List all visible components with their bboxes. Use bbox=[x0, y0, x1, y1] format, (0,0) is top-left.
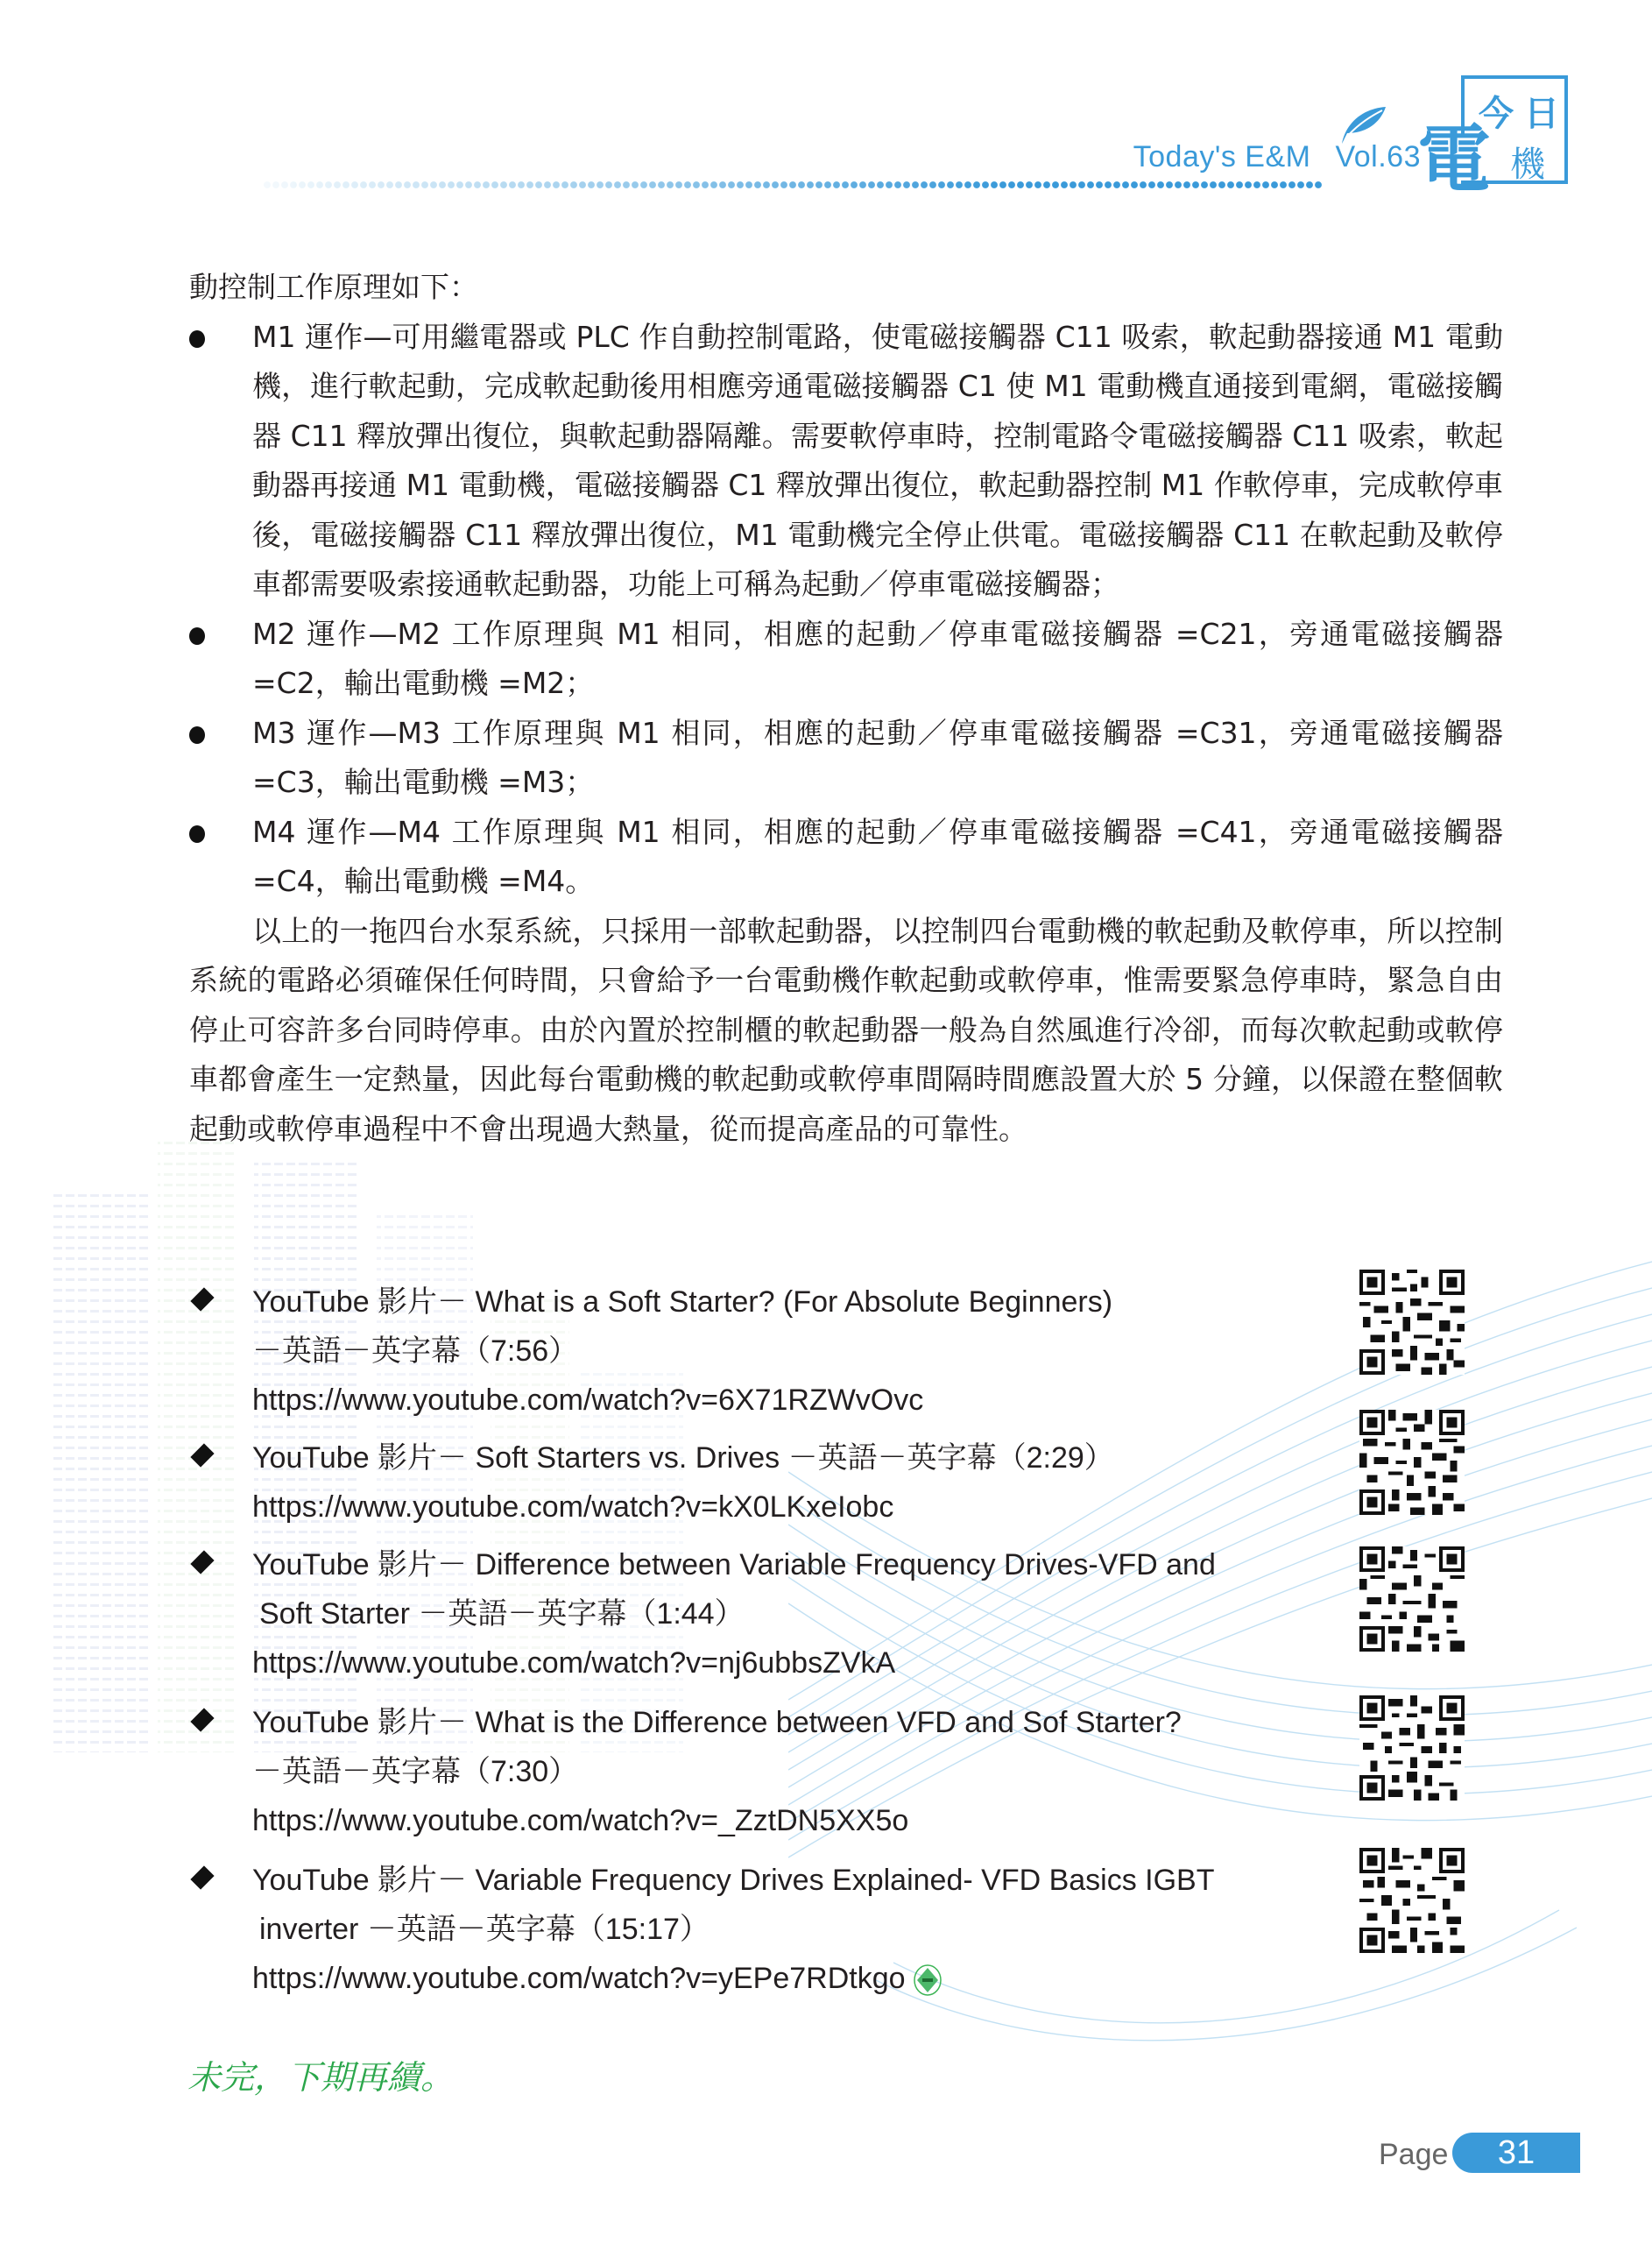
bullet-icon bbox=[189, 726, 205, 744]
qr-code-icon bbox=[1359, 1269, 1465, 1376]
bullet-icon bbox=[189, 825, 205, 843]
video-link[interactable]: https://www.youtube.com/watch?v=nj6ubbsZ… bbox=[252, 1638, 1303, 1688]
qr-code[interactable] bbox=[1359, 1269, 1465, 1376]
video-link[interactable]: https://www.youtube.com/watch?v=yEPe7RDt… bbox=[252, 1962, 906, 1995]
video-meta: －英語－英字幕（7:30） bbox=[252, 1747, 1303, 1796]
qr-code-icon bbox=[1359, 1847, 1465, 1954]
video-link[interactable]: https://www.youtube.com/watch?v=6X71RZWv… bbox=[252, 1376, 1303, 1425]
video-link[interactable]: https://www.youtube.com/watch?v=_ZztDN5X… bbox=[252, 1796, 1303, 1845]
video-title: YouTube 影片－ Variable Frequency Drives Ex… bbox=[252, 1856, 1303, 1905]
video-title: YouTube 影片－ Difference between Variable … bbox=[252, 1540, 1303, 1589]
article-body: 動控制工作原理如下： M1 運作—可用繼電器或 PLC 作自動控制電路，使電磁接… bbox=[189, 263, 1503, 1154]
list-item-text: M2 運作—M2 工作原理與 M1 相同，相應的起動／停車電磁接觸器 =C21，… bbox=[252, 617, 1503, 701]
qr-code-icon bbox=[1359, 1409, 1465, 1516]
video-meta: －英語－英字幕（7:56） bbox=[252, 1327, 1303, 1376]
qr-code[interactable] bbox=[1359, 1546, 1465, 1652]
list-item-text: M1 運作—可用繼電器或 PLC 作自動控制電路，使電磁接觸器 C11 吸索，軟… bbox=[252, 320, 1503, 602]
qr-code[interactable] bbox=[1359, 1409, 1465, 1516]
qr-code-icon bbox=[1359, 1695, 1465, 1801]
page-number-badge: 31 bbox=[1452, 2133, 1580, 2173]
leaf-icon bbox=[1338, 103, 1387, 145]
list-item: M2 運作—M2 工作原理與 M1 相同，相應的起動／停車電磁接觸器 =C21，… bbox=[189, 610, 1503, 709]
video-title: YouTube 影片－ Soft Starters vs. Drives －英語… bbox=[252, 1433, 1303, 1482]
list-item-text: M4 運作—M4 工作原理與 M1 相同，相應的起動／停車電磁接觸器 =C41，… bbox=[252, 815, 1503, 899]
intro-line: 動控制工作原理如下： bbox=[189, 263, 1503, 313]
page-header: Today's E&MVol.63 今 日 電 機 bbox=[0, 0, 1652, 228]
video-title: YouTube 影片－ What is a Soft Starter? (For… bbox=[252, 1277, 1303, 1327]
magazine-name: Today's E&M bbox=[1133, 140, 1311, 173]
qr-code-icon bbox=[1359, 1546, 1465, 1652]
video-link[interactable]: https://www.youtube.com/watch?v=kX0LKxeI… bbox=[252, 1482, 1303, 1532]
diamond-bullet-icon bbox=[190, 1865, 214, 1889]
page-label: Page bbox=[1379, 2138, 1448, 2172]
list-item: M3 運作—M3 工作原理與 M1 相同，相應的起動／停車電磁接觸器 =C31，… bbox=[189, 709, 1503, 808]
logo-char: 機 bbox=[1510, 137, 1545, 187]
logo-char: 日 bbox=[1524, 86, 1559, 136]
list-item: M4 運作—M4 工作原理與 M1 相同，相應的起動／停車電磁接觸器 =C41，… bbox=[189, 808, 1503, 907]
logo-char-large: 電 bbox=[1417, 123, 1491, 196]
video-title: YouTube 影片－ What is the Difference betwe… bbox=[252, 1698, 1303, 1747]
dotted-rule bbox=[263, 180, 1323, 189]
operation-list: M1 運作—可用繼電器或 PLC 作自動控制電路，使電磁接觸器 C11 吸索，軟… bbox=[189, 313, 1503, 907]
list-item-text: M3 運作—M3 工作原理與 M1 相同，相應的起動／停車電磁接觸器 =C31，… bbox=[252, 716, 1503, 800]
emsd-seal-icon bbox=[913, 1964, 942, 1997]
to-be-continued-note: 未完，下期再續。 bbox=[187, 2050, 454, 2098]
video-meta: inverter －英語－英字幕（15:17） bbox=[252, 1905, 1303, 1954]
bullet-icon bbox=[189, 330, 205, 348]
bullet-icon bbox=[189, 627, 205, 645]
qr-code[interactable] bbox=[1359, 1695, 1465, 1801]
summary-paragraph: 以上的一拖四台水泵系統，只採用一部軟起動器，以控制四台電動機的軟起動及軟停車，所… bbox=[189, 907, 1503, 1155]
video-meta: Soft Starter －英語－英字幕（1:44） bbox=[252, 1589, 1303, 1638]
qr-code[interactable] bbox=[1359, 1847, 1465, 1954]
list-item: M1 運作—可用繼電器或 PLC 作自動控制電路，使電磁接觸器 C11 吸索，軟… bbox=[189, 313, 1503, 610]
